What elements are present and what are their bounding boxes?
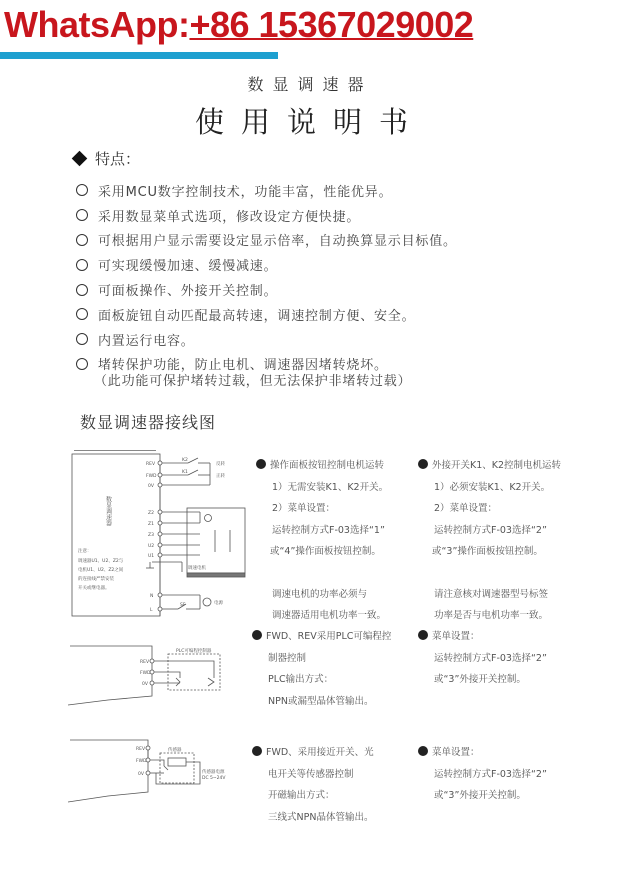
svg-text:反转: 反转 <box>216 460 225 467</box>
circle-bullet-icon <box>76 259 88 271</box>
svg-text:的连接线严禁安装: 的连接线严禁安装 <box>78 575 114 582</box>
wiring-diagram-plc-control: REV FWD 0V PLC可编程控制器 <box>68 640 248 715</box>
dot-bullet-icon <box>252 746 262 756</box>
feature-item: 可实现缓慢加速、缓慢减速。 <box>76 252 457 277</box>
svg-text:电机U1、U2、Z2之间: 电机U1、U2、Z2之间 <box>78 566 124 573</box>
circle-bullet-icon <box>76 333 88 345</box>
plc-menu-notes: 菜单设置： 运转控制方式F-03选择“2” 或“3”外接开关控制。 <box>418 626 547 691</box>
feature-text: 可实现缓慢加速、缓慢减速。 <box>98 255 277 274</box>
diamond-bullet-icon <box>72 151 88 167</box>
feature-text: 可根据用户显示需要设定显示倍率，自动换算显示目标值。 <box>98 230 457 249</box>
sensor-control-notes: FWD、采用接近开关、光 电开关等传感器控制 开磁输出方式： 三线式NPN晶体管… <box>252 742 374 828</box>
sensor-menu-notes: 菜单设置： 运转控制方式F-03选择“2” 或“3”外接开关控制。 <box>418 742 547 807</box>
svg-text:0V: 0V <box>142 681 149 687</box>
whatsapp-contact-banner: WhatsApp:+86 15367029002 <box>4 4 473 46</box>
panel-control-notes: 操作面板按钮控制电机运转 1）无需安装K1、K2开关。 2）菜单设置： 运转控制… <box>256 455 388 627</box>
feature-item: 面板旋钮自动匹配最高转速，调速控制方便、安全。 <box>76 302 457 327</box>
svg-text:K1: K1 <box>182 469 188 475</box>
circle-bullet-icon <box>76 284 88 296</box>
feature-item: 采用数显菜单式选项，修改设定方便快捷。 <box>76 203 457 228</box>
svg-text:开关或继电器。: 开关或继电器。 <box>78 584 110 591</box>
svg-text:注意：: 注意： <box>78 547 92 554</box>
svg-text:REV: REV <box>136 746 146 752</box>
circle-bullet-icon <box>76 209 88 221</box>
dot-bullet-icon <box>252 630 262 640</box>
circle-bullet-icon <box>76 234 88 246</box>
feature-item: 内置运行电容。 <box>76 327 457 352</box>
svg-text:Z1: Z1 <box>148 521 154 527</box>
features-heading: 特点： <box>74 148 140 169</box>
svg-text:L: L <box>150 607 153 613</box>
dot-bullet-icon <box>418 746 428 756</box>
plc-control-notes: FWD、REV采用PLC可编程控 制器控制 PLC输出方式： NPN或漏型晶体管… <box>252 626 391 712</box>
dot-bullet-icon <box>418 630 428 640</box>
external-switch-notes: 外接开关K1、K2控制电机运转 1）必须安装K1、K2开关。 2）菜单设置： 运… <box>418 455 561 627</box>
circle-bullet-icon <box>76 358 88 370</box>
svg-text:PLC可编程控制器: PLC可编程控制器 <box>176 647 212 654</box>
svg-text:正转: 正转 <box>216 472 225 479</box>
feature-item: 可根据用户显示需要设定显示倍率，自动换算显示目标值。 <box>76 228 457 253</box>
wiring-section-title: 数显调速器接线图 <box>80 410 216 433</box>
svg-text:传感器电源: 传感器电源 <box>202 768 225 775</box>
svg-text:调速电机: 调速电机 <box>188 564 206 571</box>
feature-text: 采用数显菜单式选项，修改设定方便快捷。 <box>98 206 360 225</box>
svg-text:FWD: FWD <box>146 473 157 479</box>
circle-bullet-icon <box>76 184 88 196</box>
svg-text:K2: K2 <box>182 457 188 463</box>
svg-text:Z3: Z3 <box>148 532 154 538</box>
features-list: 采用MCU数字控制技术，功能丰富，性能优异。 采用数显菜单式选项，修改设定方便快… <box>76 178 457 376</box>
svg-text:Z2: Z2 <box>148 510 154 516</box>
dot-bullet-icon <box>418 459 428 469</box>
whatsapp-prefix: WhatsApp: <box>4 4 189 45</box>
svg-text:0V: 0V <box>138 771 145 777</box>
wiring-diagram-panel-control: REV FWD 0V Z2 Z1 Z3 U2 U1 N L K2 K1 反转 正… <box>70 452 250 622</box>
svg-text:传感器: 传感器 <box>168 746 182 753</box>
svg-text:FWD: FWD <box>136 758 147 764</box>
svg-text:U1: U1 <box>148 553 154 559</box>
svg-text:DC 5~24V: DC 5~24V <box>202 775 226 781</box>
document-title: 使用说明书 <box>0 100 620 141</box>
features-heading-label: 特点： <box>95 148 140 169</box>
wiring-diagram-sensor-control: REV FWD 0V 传感器 传感器电源 DC 5~24V <box>68 736 248 811</box>
feature-text: 面板旋钮自动匹配最高转速，调速控制方便、安全。 <box>98 305 415 324</box>
svg-text:U2: U2 <box>148 543 154 549</box>
banner-accent-bar <box>0 52 278 59</box>
svg-text:FWD: FWD <box>140 670 151 676</box>
feature-text: 内置运行电容。 <box>98 330 195 349</box>
svg-text:N: N <box>150 593 153 599</box>
section-divider <box>74 450 156 451</box>
feature-item: 可面板操作、外接开关控制。 <box>76 277 457 302</box>
feature-note: （此功能可保护堵转过载，但无法保护非堵转过载） <box>94 370 411 389</box>
svg-text:0V: 0V <box>148 483 155 489</box>
feature-text: 采用MCU数字控制技术，功能丰富，性能优异。 <box>98 181 392 200</box>
svg-text:数显调速器: 数显调速器 <box>105 495 112 527</box>
terminal-rev: REV <box>146 461 156 467</box>
dot-bullet-icon <box>256 459 266 469</box>
feature-text: 可面板操作、外接开关控制。 <box>98 280 277 299</box>
svg-text:SF: SF <box>180 602 186 608</box>
document-subtitle: 数显调速器 <box>0 72 620 95</box>
feature-item: 采用MCU数字控制技术，功能丰富，性能优异。 <box>76 178 457 203</box>
whatsapp-phone-link[interactable]: +86 15367029002 <box>189 4 473 45</box>
circle-bullet-icon <box>76 308 88 320</box>
svg-text:电源: 电源 <box>214 599 223 606</box>
svg-text:REV: REV <box>140 659 150 665</box>
svg-text:调速器U1、U2、Z2与: 调速器U1、U2、Z2与 <box>78 557 124 564</box>
